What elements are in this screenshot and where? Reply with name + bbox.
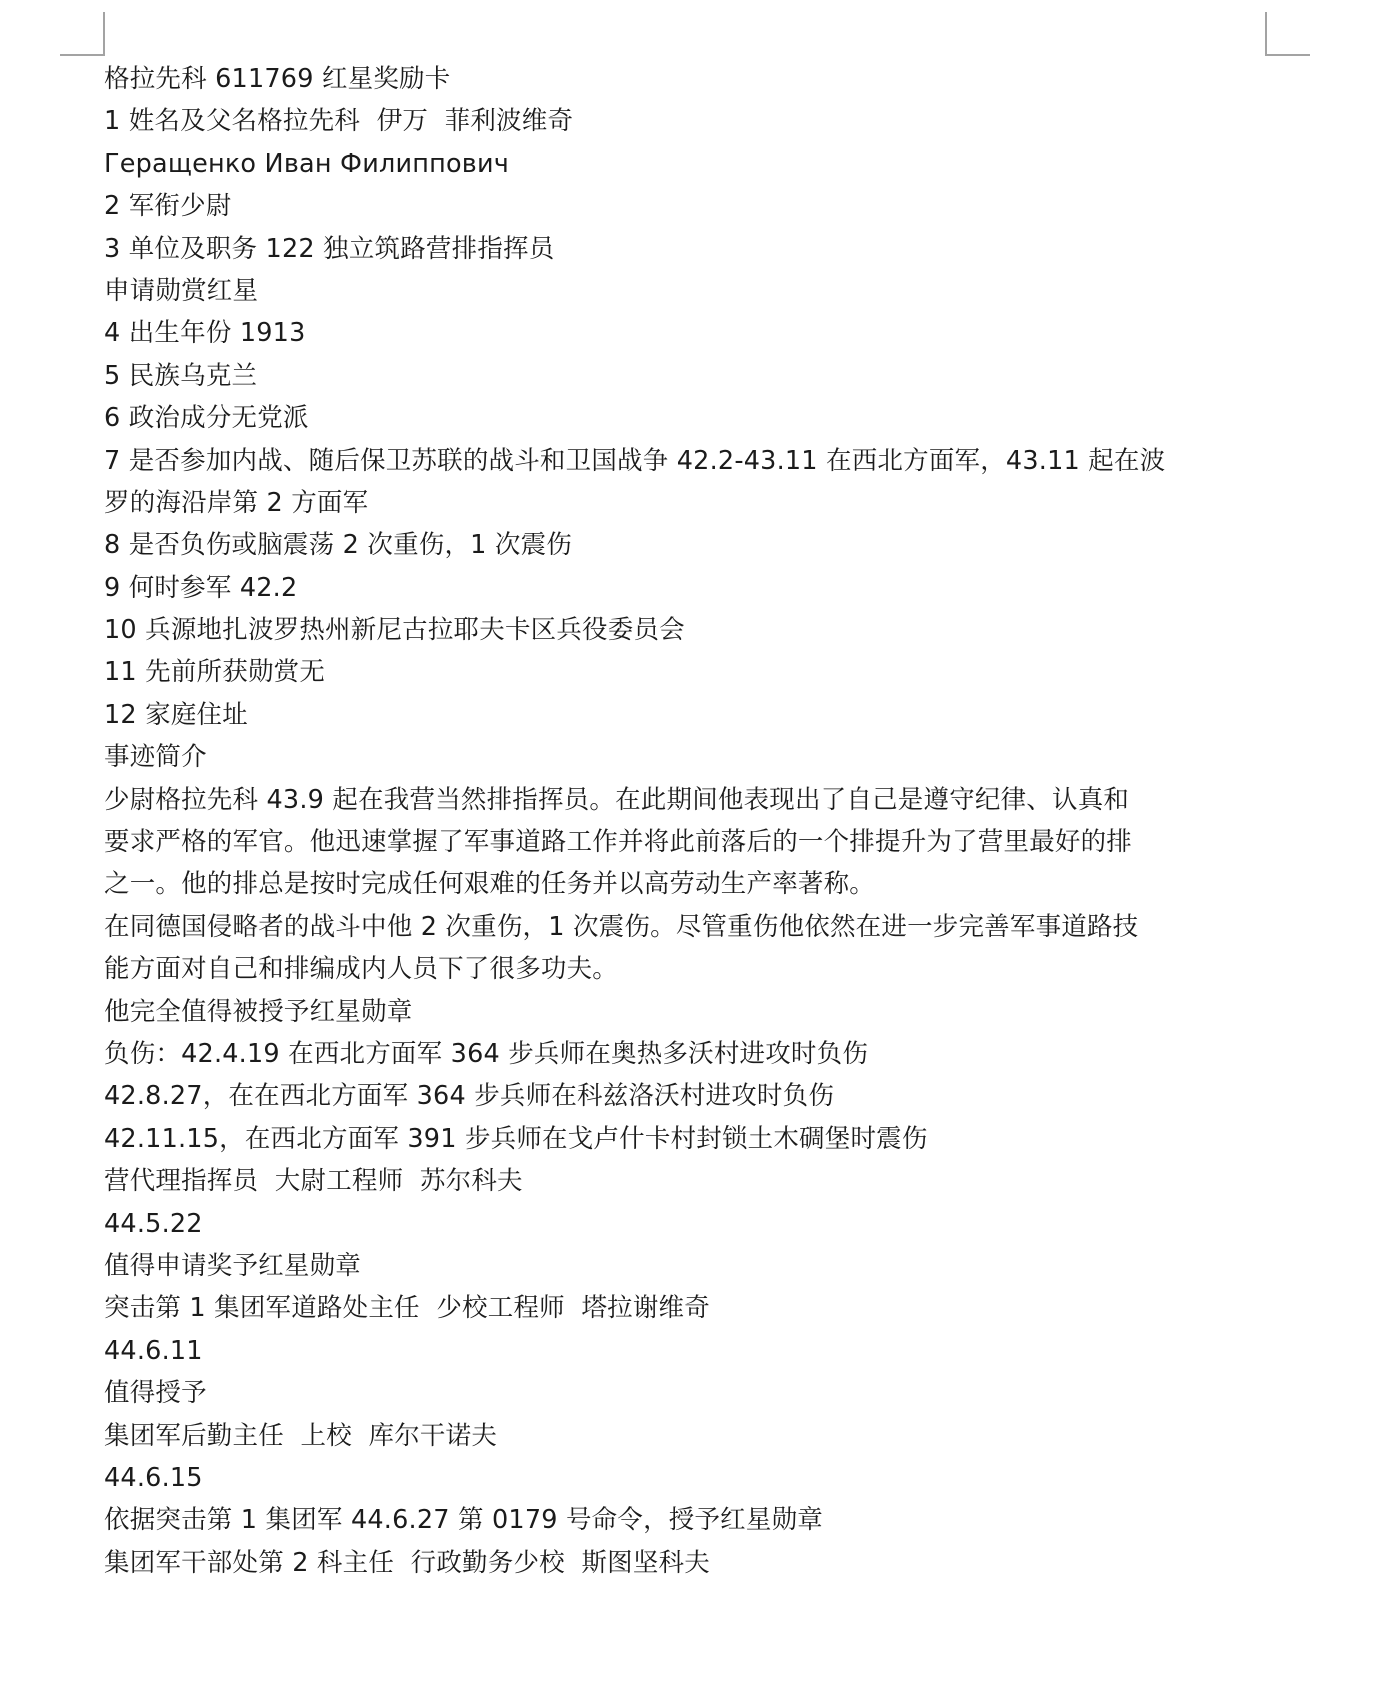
- endorsement-line: 值得授予: [104, 1372, 1279, 1414]
- summary-heading: 事迹简介: [104, 736, 1279, 778]
- document-title: 格拉先科 611769 红星奖励卡: [104, 58, 1279, 100]
- summary-paragraph-line: 之一。他的排总是按时完成任何艰难的任务并以高劳动生产率著称。: [104, 863, 1279, 905]
- document-page: 格拉先科 611769 红星奖励卡 1 姓名及父名格拉先科 伊万 菲利波维奇 Г…: [0, 0, 1400, 1681]
- field-8-wounds: 8 是否负伤或脑震荡 2 次重伤，1 次震伤: [104, 524, 1279, 566]
- summary-paragraph-line: 在同德国侵略者的战斗中他 2 次重伤，1 次震伤。尽管重伤他依然在进一步完善军事…: [104, 906, 1279, 948]
- page-corner-mark-top-left: [60, 12, 105, 56]
- date-line: 44.5.22: [104, 1203, 1279, 1245]
- award-order-line: 依据突击第 1 集团军 44.6.27 第 0179 号命令，授予红星勋章: [104, 1499, 1279, 1541]
- field-12-home-address: 12 家庭住址: [104, 694, 1279, 736]
- field-4-birth-year: 4 出生年份 1913: [104, 312, 1279, 354]
- field-1-name: 1 姓名及父名格拉先科 伊万 菲利波维奇: [104, 100, 1279, 142]
- field-6-party: 6 政治成分无党派: [104, 397, 1279, 439]
- field-11-previous-awards: 11 先前所获勋赏无: [104, 651, 1279, 693]
- date-line: 44.6.15: [104, 1457, 1279, 1499]
- signatory-battalion-commander: 营代理指挥员 大尉工程师 苏尔科夫: [104, 1160, 1279, 1202]
- signatory-logistics-chief: 集团军后勤主任 上校 库尔干诺夫: [104, 1415, 1279, 1457]
- page-corner-mark-top-right: [1265, 12, 1310, 56]
- summary-paragraph-line: 能方面对自己和排编成内人员下了很多功夫。: [104, 948, 1279, 990]
- signatory-road-department-chief: 突击第 1 集团军道路处主任 少校工程师 塔拉谢维奇: [104, 1287, 1279, 1329]
- field-10-draft-office: 10 兵源地扎波罗热州新尼古拉耶夫卡区兵役委员会: [104, 609, 1279, 651]
- field-5-nationality: 5 民族乌克兰: [104, 355, 1279, 397]
- field-7-war-participation: 7 是否参加内战、随后保卫苏联的战斗和卫国战争 42.2-43.11 在西北方面…: [104, 440, 1279, 482]
- date-line: 44.6.11: [104, 1330, 1279, 1372]
- endorsement-line: 值得申请奖予红星勋章: [104, 1245, 1279, 1287]
- field-9-enlistment: 9 何时参军 42.2: [104, 567, 1279, 609]
- field-2-rank: 2 军衔少尉: [104, 185, 1279, 227]
- wound-record-line: 42.8.27，在在西北方面军 364 步兵师在科兹洛沃村进攻时负伤: [104, 1075, 1279, 1117]
- document-body[interactable]: 格拉先科 611769 红星奖励卡 1 姓名及父名格拉先科 伊万 菲利波维奇 Г…: [104, 58, 1279, 1584]
- wound-record-line: 42.11.15，在西北方面军 391 步兵师在戈卢什卡村封锁土木碉堡时震伤: [104, 1118, 1279, 1160]
- summary-paragraph-line: 要求严格的军官。他迅速掌握了军事道路工作并将此前落后的一个排提升为了营里最好的排: [104, 821, 1279, 863]
- award-request-line: 申请勋赏红星: [104, 270, 1279, 312]
- summary-paragraph-line: 少尉格拉先科 43.9 起在我营当然排指挥员。在此期间他表现出了自己是遵守纪律、…: [104, 779, 1279, 821]
- recommendation-line: 他完全值得被授予红星勋章: [104, 991, 1279, 1033]
- field-3-unit-position: 3 单位及职务 122 独立筑路营排指挥员: [104, 228, 1279, 270]
- field-1-name-russian: Геращенко Иван Филиппович: [104, 143, 1279, 185]
- wound-record-line: 负伤：42.4.19 在西北方面军 364 步兵师在奥热多沃村进攻时负伤: [104, 1033, 1279, 1075]
- field-7-war-participation-cont: 罗的海沿岸第 2 方面军: [104, 482, 1279, 524]
- signatory-personnel-section-chief: 集团军干部处第 2 科主任 行政勤务少校 斯图坚科夫: [104, 1542, 1279, 1584]
